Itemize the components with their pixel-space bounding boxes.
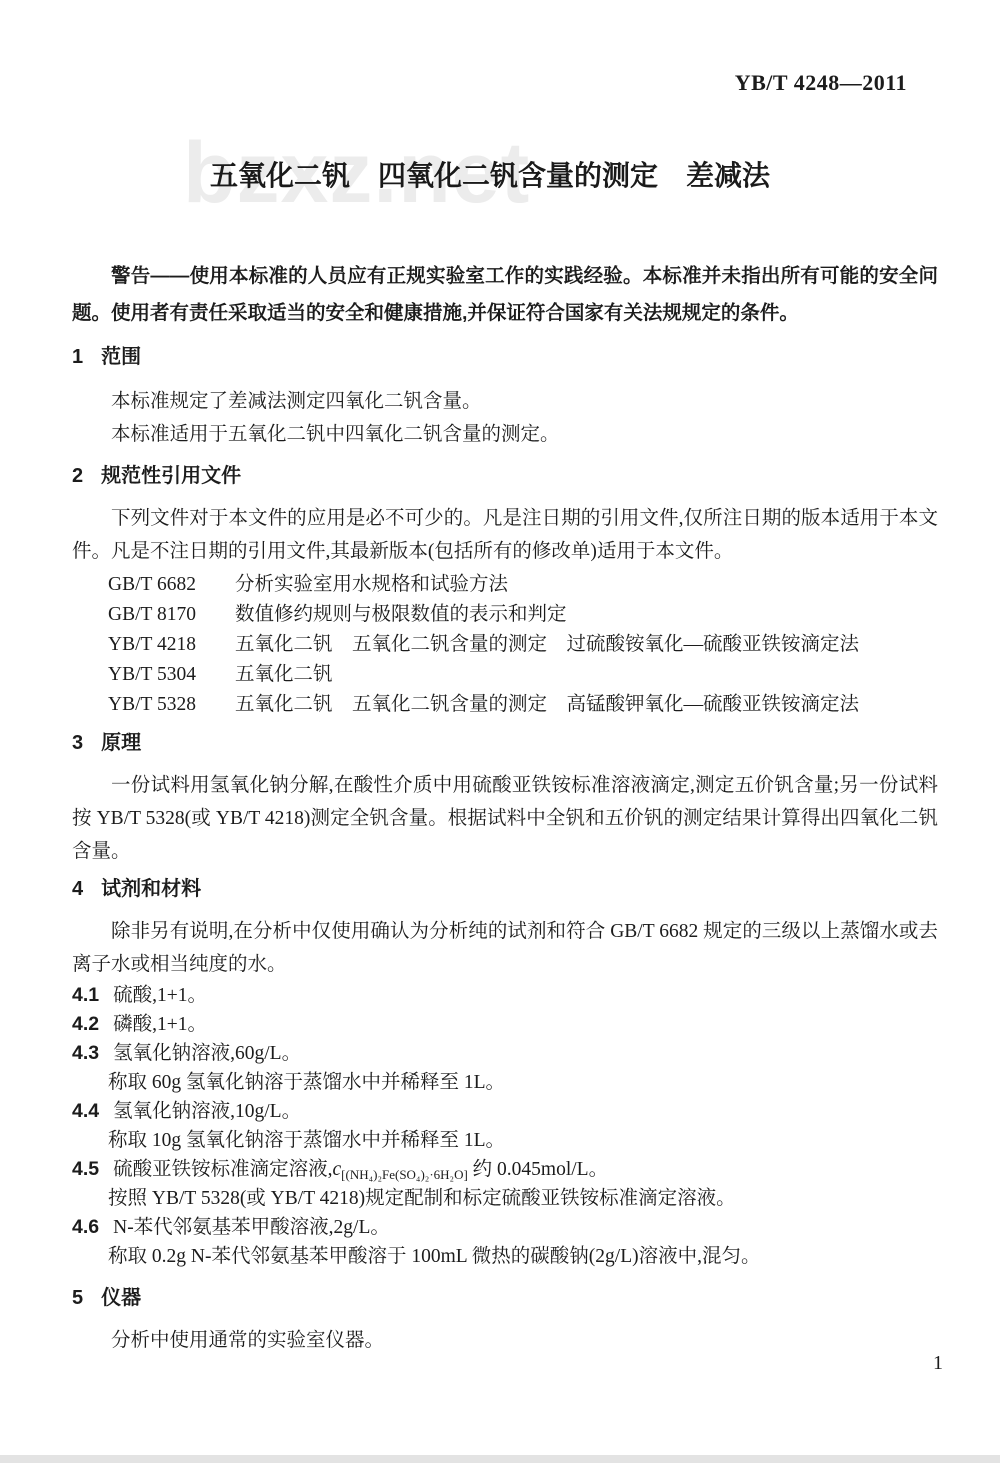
reagent-items: 4.1硫酸,1+1。 4.2磷酸,1+1。 4.3氢氧化钠溶液,60g/L。 称… — [0, 981, 1000, 1271]
reagents-intro: 除非另有说明,在分析中仅使用确认为分析纯的试剂和符合 GB/T 6682 规定的… — [72, 915, 938, 981]
document-page: YB/T 4248—2011 bzxz.net 五氧化二钒 四氧化二钒含量的测定… — [0, 0, 1000, 1463]
principle-paragraph: 一份试料用氢氧化钠分解,在酸性介质中用硫酸亚铁铵标准溶液滴定,测定五价钒含量;另… — [72, 769, 938, 868]
reagent-item-text: N-苯代邻氨基苯甲酸溶液,2g/L。 — [113, 1217, 390, 1238]
reference-title: 数值修约规则与极限数值的表示和判定 — [235, 604, 567, 625]
reagent-item-number: 4.4 — [72, 1100, 99, 1122]
reagent-text-suffix: 约 0.045mol/L。 — [468, 1159, 608, 1180]
chemical-formula: [(NH₄)₂Fe(SO₄)₂·6H₂O] — [341, 1167, 468, 1182]
scope-paragraph-2: 本标准适用于五氧化二钒中四氧化二钒含量的测定。 — [72, 418, 938, 451]
section-1-number: 1 — [72, 346, 83, 368]
section-5-title: 仪器 — [101, 1287, 141, 1309]
reference-title: 五氧化二钒 — [235, 664, 333, 685]
section-2-title: 规范性引用文件 — [101, 465, 241, 487]
reagent-item-text: 硫酸,1+1。 — [113, 985, 207, 1006]
section-3-number: 3 — [72, 732, 83, 754]
reagent-item-note: 称取 10g 氢氧化钠溶于蒸馏水中并稀释至 1L。 — [108, 1126, 938, 1155]
section-3-title: 原理 — [101, 732, 141, 754]
section-1-title: 范围 — [101, 346, 141, 368]
section-4-number: 4 — [72, 878, 83, 900]
section-3-heading: 3原理 — [72, 730, 938, 756]
reference-item: GB/T 6682分析实验室用水规格和试验方法 — [108, 570, 938, 600]
reagent-item-4-4: 4.4氢氧化钠溶液,10g/L。 — [72, 1097, 938, 1126]
reagent-item-note: 按照 YB/T 5328(或 YB/T 4218)规定配制和标定硫酸亚铁铵标准滴… — [108, 1184, 938, 1213]
reagent-item-number: 4.1 — [72, 984, 99, 1006]
reference-item: YB/T 4218五氧化二钒 五氧化二钒含量的测定 过硫酸铵氧化—硫酸亚铁铵滴定… — [108, 630, 938, 660]
section-2-heading: 2规范性引用文件 — [72, 463, 938, 489]
reference-title: 五氧化二钒 五氧化二钒含量的测定 过硫酸铵氧化—硫酸亚铁铵滴定法 — [235, 634, 859, 655]
reference-title: 分析实验室用水规格和试验方法 — [235, 574, 508, 595]
concentration-symbol: c — [333, 1159, 342, 1180]
page-title: 五氧化二钒 四氧化二钒含量的测定 差减法 — [0, 152, 980, 200]
title-block: bzxz.net 五氧化二钒 四氧化二钒含量的测定 差减法 — [0, 152, 1000, 200]
reagent-item-4-1: 4.1硫酸,1+1。 — [72, 981, 938, 1010]
reagent-item-4-2: 4.2磷酸,1+1。 — [72, 1010, 938, 1039]
reference-item: GB/T 8170数值修约规则与极限数值的表示和判定 — [108, 600, 938, 630]
reference-code: GB/T 8170 — [108, 600, 235, 630]
reagent-item-number: 4.2 — [72, 1013, 99, 1035]
reference-item: YB/T 5304五氧化二钒 — [108, 660, 938, 690]
reagent-item-number: 4.5 — [72, 1158, 99, 1180]
reference-title: 五氧化二钒 五氧化二钒含量的测定 高锰酸钾氧化—硫酸亚铁铵滴定法 — [235, 694, 859, 715]
reagent-item-number: 4.3 — [72, 1042, 99, 1064]
reference-code: GB/T 6682 — [108, 570, 235, 600]
references-list: GB/T 6682分析实验室用水规格和试验方法 GB/T 8170数值修约规则与… — [0, 570, 1000, 720]
reagent-item-4-6: 4.6N-苯代邻氨基苯甲酸溶液,2g/L。 — [72, 1213, 938, 1242]
reference-code: YB/T 4218 — [108, 630, 235, 660]
reagent-item-4-3: 4.3氢氧化钠溶液,60g/L。 — [72, 1039, 938, 1068]
reagent-item-4-5: 4.5硫酸亚铁铵标准滴定溶液,c[(NH₄)₂Fe(SO₄)₂·6H₂O] 约 … — [72, 1155, 938, 1184]
scan-bottom-edge — [0, 1455, 1000, 1463]
reagent-item-note: 称取 60g 氢氧化钠溶于蒸馏水中并稀释至 1L。 — [108, 1068, 938, 1097]
reagent-item-number: 4.6 — [72, 1216, 99, 1238]
page-number: 1 — [933, 1352, 943, 1375]
apparatus-paragraph: 分析中使用通常的实验室仪器。 — [72, 1324, 938, 1357]
reagent-item-text: 磷酸,1+1。 — [113, 1014, 207, 1035]
section-5-number: 5 — [72, 1287, 83, 1309]
references-intro: 下列文件对于本文件的应用是必不可少的。凡是注日期的引用文件,仅所注日期的版本适用… — [72, 502, 938, 568]
reagent-item-text: 硫酸亚铁铵标准滴定溶液,c[(NH₄)₂Fe(SO₄)₂·6H₂O] 约 0.0… — [113, 1159, 608, 1180]
reagent-item-note: 称取 0.2g N-苯代邻氨基苯甲酸溶于 100mL 微热的碳酸钠(2g/L)溶… — [108, 1242, 938, 1271]
reagent-item-text: 氢氧化钠溶液,10g/L。 — [113, 1101, 301, 1122]
warning-paragraph: 警告——使用本标准的人员应有正规实验室工作的实践经验。本标准并未指出所有可能的安… — [72, 258, 938, 332]
section-4-title: 试剂和材料 — [101, 878, 201, 900]
section-1-heading: 1范围 — [72, 344, 938, 370]
section-4-heading: 4试剂和材料 — [72, 876, 938, 902]
section-2-number: 2 — [72, 465, 83, 487]
reagent-item-text: 氢氧化钠溶液,60g/L。 — [113, 1043, 301, 1064]
reference-code: YB/T 5328 — [108, 690, 235, 720]
reference-item: YB/T 5328五氧化二钒 五氧化二钒含量的测定 高锰酸钾氧化—硫酸亚铁铵滴定… — [108, 690, 938, 720]
reagent-text-prefix: 硫酸亚铁铵标准滴定溶液, — [113, 1159, 332, 1180]
doc-number: YB/T 4248—2011 — [0, 0, 1000, 96]
reference-code: YB/T 5304 — [108, 660, 235, 690]
section-5-heading: 5仪器 — [72, 1285, 938, 1311]
scope-paragraph-1: 本标准规定了差减法测定四氧化二钒含量。 — [72, 385, 938, 418]
